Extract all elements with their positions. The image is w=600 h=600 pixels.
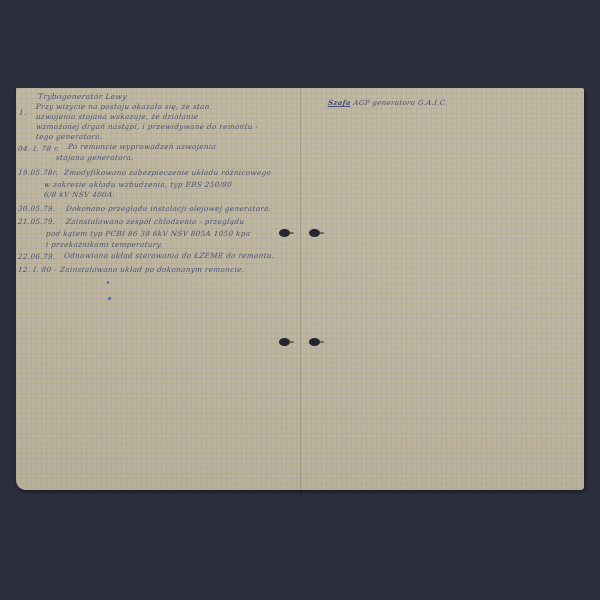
entry-line: i przekaźnikami temperatury. [46, 240, 164, 249]
entry-line: stojana generatora. [56, 153, 135, 162]
entry-line: wzmożonej drgań nastąpi, i przewidywane … [36, 122, 259, 131]
right-page-heading: Szafa AGP generatora G.A.I.C. [328, 98, 449, 107]
entry-line: Po remoncie wyprowadzeń uzwojenia [68, 142, 217, 151]
entry-line: Zainstalowano zespół chłodzenia - przegl… [66, 217, 245, 226]
entry-line: Przy wizycie na postoju okazało się, że … [36, 102, 211, 111]
punch-hole-top-right [309, 229, 320, 237]
ink-spot [108, 297, 111, 300]
heading-underlined-word: Szafa [328, 98, 352, 107]
punch-hole-top-left [279, 229, 290, 237]
grid-paper-sheet: Trybogeneratór Lewy 1. Przy wizycie na p… [16, 88, 584, 490]
scan-background: Trybogeneratór Lewy 1. Przy wizycie na p… [0, 0, 600, 600]
entry-line: Zmodyfikowano zabezpieczenie układu różn… [64, 168, 272, 177]
entry-line: tego generatora. [36, 132, 104, 141]
punch-hole-bottom-left [279, 338, 290, 346]
left-page-title: Trybogeneratór Lewy [38, 92, 128, 101]
entry-date: 19.05.78r. [18, 168, 59, 177]
entry-date: 22.06.79. [18, 252, 56, 261]
entry-date: 1. [19, 108, 28, 117]
center-fold-line [300, 88, 301, 490]
entry-date: 30.05.79. [18, 204, 56, 213]
entry-line: Zainstalowano układ po dokonanym remonci… [60, 265, 245, 274]
entry-line: Dokonano przeglądu instalacji olejowej g… [66, 204, 272, 213]
entry-line: uzwojenia stojana wskazuje, że działanie [36, 112, 199, 121]
entry-date: 04. I. 78 r. [18, 144, 61, 153]
heading-rest: AGP generatora G.A.I.C. [353, 99, 448, 107]
ink-spot [107, 281, 109, 284]
entry-line: 6/8 kV NSV 400A. [44, 190, 116, 199]
entry-line: Odnowiono układ sterowania do ŁZEME do r… [64, 251, 276, 260]
punch-hole-bottom-right [309, 338, 320, 346]
entry-date: 21.05.79. [18, 217, 56, 226]
entry-line: w zakresie układu wzbudzenia, typ EBS 25… [44, 180, 233, 189]
entry-date: 12. I. 80 - [18, 265, 58, 274]
entry-line: pod kątem typ PCBI 86 38 6kV NSV 805A 10… [46, 229, 251, 238]
